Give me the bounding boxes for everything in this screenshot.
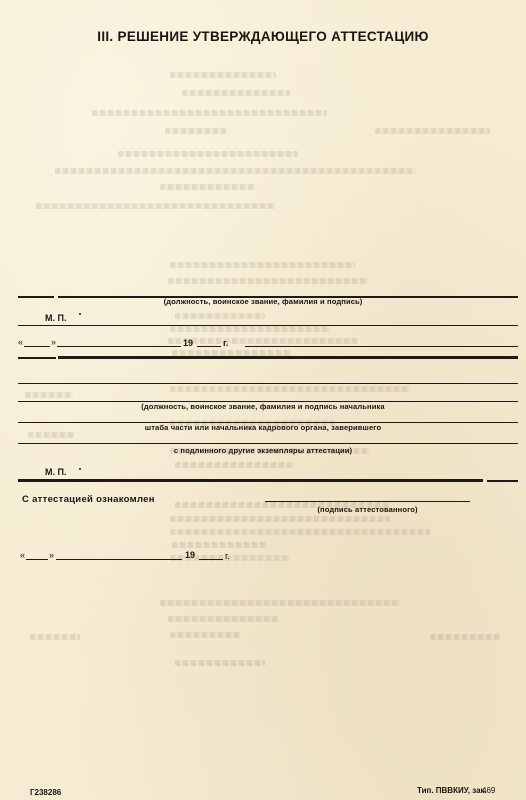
- approver-caption: (должность, воинское звание, фамилия и п…: [0, 297, 526, 306]
- certifier-caption-line-3: с подлинного другие экземпляры аттестаци…: [0, 446, 526, 455]
- certifier-line-4[interactable]: [18, 443, 518, 444]
- certifier-line-1[interactable]: [18, 383, 518, 384]
- approver-seal-label: М. П.: [45, 313, 66, 323]
- ack-date-day-field[interactable]: [26, 559, 48, 560]
- ack-date-year-prefix: 19: [185, 550, 195, 560]
- section-divider: [18, 479, 483, 482]
- section-divider: [58, 356, 518, 359]
- form-number: Г238286: [30, 788, 61, 797]
- approver-date-quote-close: »: [51, 337, 56, 347]
- attestee-signature-caption: (подпись аттестованного): [265, 505, 470, 514]
- printer-label: Тип. ПВВКИУ, зак.: [417, 786, 487, 795]
- ack-date-year-suffix: г.: [225, 551, 230, 561]
- divider-left-segment: [18, 357, 56, 359]
- divider-right-segment: [487, 480, 518, 482]
- acknowledgement-label: С аттестацией ознакомлен: [22, 494, 155, 505]
- approver-date-month-field[interactable]: [57, 346, 181, 347]
- order-number: 469: [482, 786, 495, 795]
- section-title: III. РЕШЕНИЕ УТВЕРЖДАЮЩЕГО АТТЕСТАЦИЮ: [0, 29, 526, 44]
- seal-line: [18, 325, 518, 326]
- bleed-through-texture: [0, 0, 526, 800]
- approver-date-year-field[interactable]: [197, 346, 221, 347]
- ack-date-quote-close: »: [49, 550, 54, 560]
- approver-date-quote-open: «: [18, 337, 23, 347]
- approver-date-year-suffix: г.: [223, 338, 228, 348]
- stamp-mark: [79, 313, 81, 315]
- ack-date-month-field[interactable]: [56, 559, 182, 560]
- certifier-caption-line-2: штаба части или начальника кадрового орг…: [0, 423, 526, 432]
- certifier-seal-label: М. П.: [45, 467, 66, 477]
- stamp-mark: [79, 468, 81, 470]
- approver-date-extra-line: [245, 346, 518, 347]
- ack-date-year-field[interactable]: [199, 559, 223, 560]
- approver-date-year-prefix: 19: [183, 338, 193, 348]
- approver-date-day-field[interactable]: [24, 346, 50, 347]
- certifier-caption-line-1: (должность, воинское звание, фамилия и п…: [0, 402, 526, 411]
- attestee-signature-line[interactable]: [265, 501, 470, 502]
- ack-date-quote-open: «: [20, 550, 25, 560]
- document-page: III. РЕШЕНИЕ УТВЕРЖДАЮЩЕГО АТТЕСТАЦИЮ (д…: [0, 0, 526, 800]
